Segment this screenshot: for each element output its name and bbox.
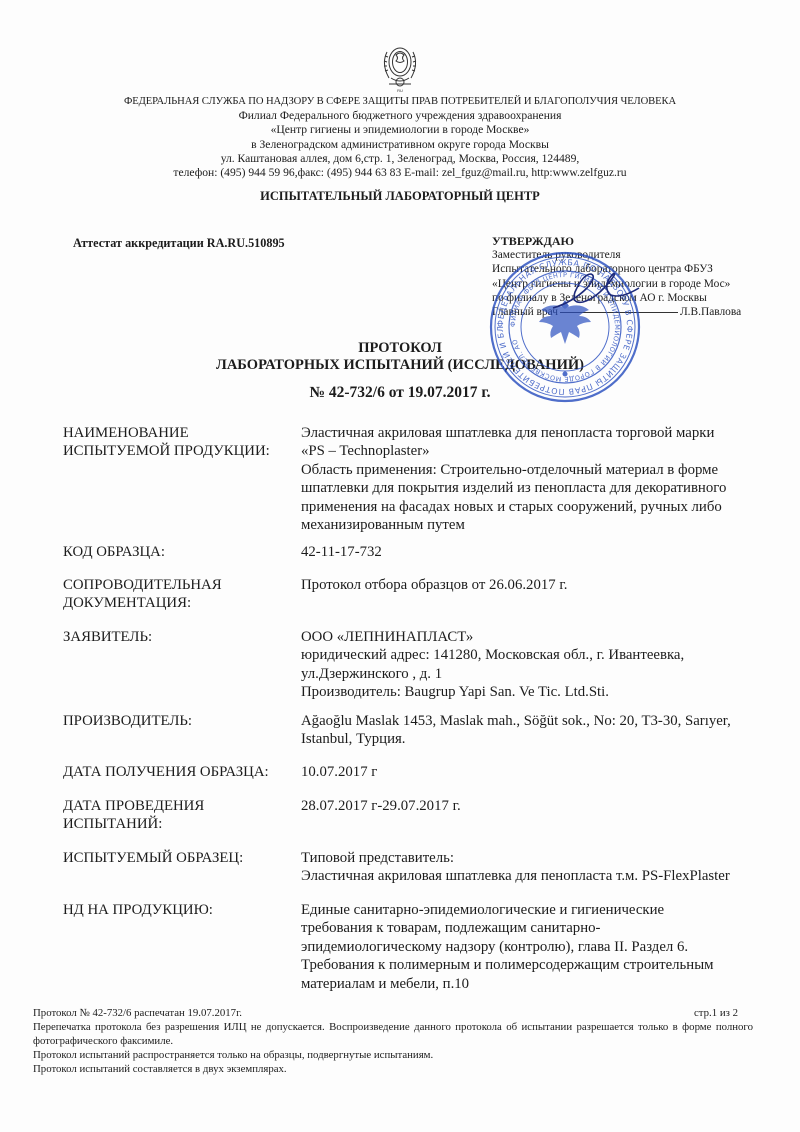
label-line: ДОКУМЕНТАЦИЯ: — [63, 594, 301, 612]
title-line: ПРОТОКОЛ — [0, 340, 800, 357]
value-line: шпатлевки для покрытия изделий из пенопл… — [301, 479, 783, 497]
header-address: ул. Каштановая аллея, дом 6,стр. 1, Зеле… — [0, 152, 800, 166]
value-line: материалам и мебели, п.10 — [301, 975, 783, 993]
value-line: Ağaoğlu Maslak 1453, Maslak mah., Söğüt … — [301, 712, 783, 730]
field-label: КОД ОБРАЗЦА: — [63, 543, 301, 561]
label-line: ИСПЫТУЕМЫЙ ОБРАЗЕЦ: — [63, 849, 301, 867]
lab-name: ИСПЫТАТЕЛЬНЫЙ ЛАБОРАТОРНЫЙ ЦЕНТР — [0, 189, 800, 204]
field-value: Единые санитарно-эпидемиологические и ги… — [301, 901, 783, 993]
label-line: ДАТА ПРОВЕДЕНИЯ — [63, 797, 301, 815]
field-label: ИСПЫТУЕМЫЙ ОБРАЗЕЦ: — [63, 849, 301, 886]
page-number: стр.1 из 2 — [694, 1006, 738, 1020]
approval-block: УТВЕРЖДАЮ Заместитель руководителя Испыт… — [492, 234, 741, 319]
header-line: «Центр гигиены и эпидемиологии в городе … — [0, 123, 800, 137]
field-value: Протокол отбора образцов от 26.06.2017 г… — [301, 576, 783, 613]
field-label: НАИМЕНОВАНИЕ ИСПЫТУЕМОЙ ПРОДУКЦИИ: — [63, 424, 301, 534]
field-value: 28.07.2017 г-29.07.2017 г. — [301, 797, 783, 834]
value-line: Требования к полимерным и полимерсодержа… — [301, 956, 783, 974]
signature-line — [560, 312, 678, 313]
field-label: ДАТА ПРОВЕДЕНИЯ ИСПЫТАНИЙ: — [63, 797, 301, 834]
signature-row: Главный врачЛ.В.Павлова — [492, 305, 741, 319]
value-line: Istanbul, Турция. — [301, 730, 783, 748]
field-value: Ağaoğlu Maslak 1453, Maslak mah., Söğüt … — [301, 712, 783, 749]
value-line: Единые санитарно-эпидемиологические и ги… — [301, 901, 783, 919]
label-line: ИСПЫТАНИЙ: — [63, 815, 301, 833]
approver-name: Л.В.Павлова — [680, 306, 741, 318]
value-line: ул.Дзержинского , д. 1 — [301, 665, 783, 683]
value-line: 42-11-17-732 — [301, 543, 783, 561]
value-line: «PS – Technoplaster» — [301, 442, 783, 460]
field-value: Типовой представитель: Эластичная акрило… — [301, 849, 783, 886]
value-line: механизированным путем — [301, 516, 783, 534]
field-value: 10.07.2017 г — [301, 763, 783, 781]
header-line: Филиал Федерального бюджетного учреждени… — [0, 109, 800, 123]
header-line: ФЕДЕРАЛЬНАЯ СЛУЖБА ПО НАДЗОРУ В СФЕРЕ ЗА… — [0, 95, 800, 109]
value-line: ООО «ЛЕПНИНАПЛАСТ» — [301, 628, 783, 646]
field-label: СОПРОВОДИТЕЛЬНАЯ ДОКУМЕНТАЦИЯ: — [63, 576, 301, 613]
field-product-name: НАИМЕНОВАНИЕ ИСПЫТУЕМОЙ ПРОДУКЦИИ: Эласт… — [63, 424, 783, 534]
value-line: эпидемиологическому надзору (контролю), … — [301, 938, 783, 956]
reprint-notice: Перепечатка протокола без разрешения ИЛЦ… — [33, 1020, 753, 1048]
field-applicant: ЗАЯВИТЕЛЬ: ООО «ЛЕПНИНАПЛАСТ» юридически… — [63, 628, 783, 702]
field-sample-code: КОД ОБРАЗЦА: 42-11-17-732 — [63, 543, 783, 561]
label-line: НАИМЕНОВАНИЕ — [63, 424, 301, 442]
value-line: Область применения: Строительно-отделочн… — [301, 461, 783, 479]
value-line: Производитель: Baugrup Yapi San. Ve Tic.… — [301, 683, 783, 701]
label-line: НД НА ПРОДУКЦИЮ: — [63, 901, 301, 919]
accreditation-certificate: Аттестат аккредитации RA.RU.510895 — [73, 236, 285, 251]
protocol-number: № 42-732/6 от 19.07.2017 г. — [0, 384, 800, 402]
label-line: ЗАЯВИТЕЛЬ: — [63, 628, 301, 646]
footer: Протокол № 42-732/6 распечатан 19.07.201… — [33, 1006, 753, 1076]
title-line: ЛАБОРАТОРНЫХ ИСПЫТАНИЙ (ИССЛЕДОВАНИЙ) — [0, 357, 800, 374]
label-line: ДАТА ПОЛУЧЕНИЯ ОБРАЗЦА: — [63, 763, 301, 781]
field-test-dates: ДАТА ПРОВЕДЕНИЯ ИСПЫТАНИЙ: 28.07.2017 г-… — [63, 797, 783, 834]
value-line: Типовой представитель: — [301, 849, 783, 867]
value-line: Эластичная акриловая шпатлевка для пеноп… — [301, 867, 783, 885]
label-line: КОД ОБРАЗЦА: — [63, 543, 301, 561]
value-line: требования к товарам, подлежащим санитар… — [301, 919, 783, 937]
field-label: НД НА ПРОДУКЦИЮ: — [63, 901, 301, 993]
value-line: юридический адрес: 141280, Московская об… — [301, 646, 783, 664]
approver-position: Главный врач — [492, 306, 558, 318]
value-line: Эластичная акриловая шпатлевка для пеноп… — [301, 424, 783, 442]
value-line: Протокол отбора образцов от 26.06.2017 г… — [301, 576, 783, 594]
header-line: в Зеленоградском административном округе… — [0, 138, 800, 152]
field-value: ООО «ЛЕПНИНАПЛАСТ» юридический адрес: 14… — [301, 628, 783, 702]
approval-line: «Центр гигиены и эпидемиологии в городе … — [492, 277, 741, 291]
field-test-sample: ИСПЫТУЕМЫЙ ОБРАЗЕЦ: Типовой представител… — [63, 849, 783, 886]
approval-line: Заместитель руководителя — [492, 248, 741, 262]
copies-notice: Протокол испытаний составляется в двух э… — [33, 1062, 753, 1076]
field-label: ДАТА ПОЛУЧЕНИЯ ОБРАЗЦА: — [63, 763, 301, 781]
scope-notice: Протокол испытаний распространяется толь… — [33, 1048, 753, 1062]
label-line: ПРОИЗВОДИТЕЛЬ: — [63, 712, 301, 730]
field-regulatory-docs: НД НА ПРОДУКЦИЮ: Единые санитарно-эпидем… — [63, 901, 783, 993]
print-info: Протокол № 42-732/6 распечатан 19.07.201… — [33, 1006, 242, 1020]
document-title: ПРОТОКОЛ ЛАБОРАТОРНЫХ ИСПЫТАНИЙ (ИССЛЕДО… — [0, 340, 800, 374]
field-value: 42-11-17-732 — [301, 543, 783, 561]
approval-line: Испытательного лабораторного центра ФБУЗ — [492, 262, 741, 276]
header-contacts: телефон: (495) 944 59 96,факс: (495) 944… — [0, 166, 800, 180]
svg-text:RU: RU — [397, 88, 403, 93]
approval-title: УТВЕРЖДАЮ — [492, 234, 741, 248]
rospotrebnadzor-emblem-icon: RU — [369, 42, 431, 94]
field-value: Эластичная акриловая шпатлевка для пеноп… — [301, 424, 783, 534]
label-line: СОПРОВОДИТЕЛЬНАЯ — [63, 576, 301, 594]
field-accompanying-docs: СОПРОВОДИТЕЛЬНАЯ ДОКУМЕНТАЦИЯ: Протокол … — [63, 576, 783, 613]
field-receipt-date: ДАТА ПОЛУЧЕНИЯ ОБРАЗЦА: 10.07.2017 г — [63, 763, 783, 781]
field-label: ПРОИЗВОДИТЕЛЬ: — [63, 712, 301, 749]
organization-header: ФЕДЕРАЛЬНАЯ СЛУЖБА ПО НАДЗОРУ В СФЕРЕ ЗА… — [0, 95, 800, 180]
value-line: 10.07.2017 г — [301, 763, 783, 781]
footer-print-row: Протокол № 42-732/6 распечатан 19.07.201… — [33, 1006, 753, 1020]
field-label: ЗАЯВИТЕЛЬ: — [63, 628, 301, 702]
approval-line: по филиалу в Зеленоградском АО г. Москвы — [492, 291, 741, 305]
label-line: ИСПЫТУЕМОЙ ПРОДУКЦИИ: — [63, 442, 301, 460]
field-manufacturer: ПРОИЗВОДИТЕЛЬ: Ağaoğlu Maslak 1453, Masl… — [63, 712, 783, 749]
value-line: 28.07.2017 г-29.07.2017 г. — [301, 797, 783, 815]
value-line: применения на фасадах новых и старых соо… — [301, 498, 783, 516]
